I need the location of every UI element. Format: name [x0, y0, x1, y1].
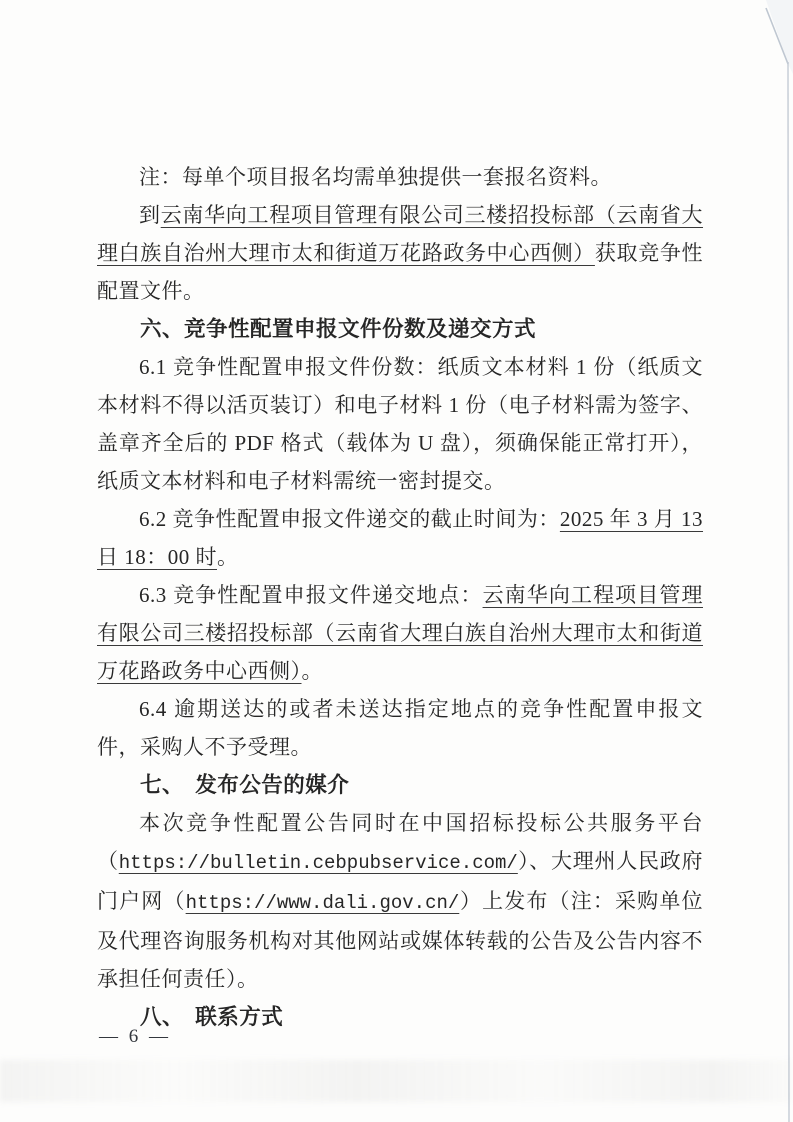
document-body: 注：每单个项目报名均需单独提供一套报名资料。到云南华向工程项目管理有限公司三楼招… — [97, 158, 703, 1036]
text-segment: 6.1 竞争性配置申报文件份数：纸质文本材料 1 份（纸质文本材料不得以活页装订… — [97, 355, 703, 493]
text-segment: 注：每单个项目报名均需单独提供一套报名资料。 — [139, 165, 612, 189]
paragraph: 注：每单个项目报名均需单独提供一套报名资料。 — [97, 158, 703, 196]
paragraph: 6.4 逾期送达的或者未送达指定地点的竞争性配置申报文件，采购人不予受理。 — [97, 690, 703, 766]
text-segment: 到 — [139, 203, 161, 227]
corner-fold-line — [766, 8, 788, 64]
page-edge-line — [788, 62, 789, 1122]
section-heading: 六、竞争性配置申报文件份数及递交方式 — [97, 310, 703, 348]
text-segment: 七、 发布公告的媒介 — [140, 773, 349, 797]
text-segment: 6.4 逾期送达的或者未送达指定地点的竞争性配置申报文件，采购人不予受理。 — [97, 697, 703, 759]
scan-bottom-noise — [0, 1060, 793, 1102]
document-page: 注：每单个项目报名均需单独提供一套报名资料。到云南华向工程项目管理有限公司三楼招… — [0, 0, 793, 1122]
text-segment: 。 — [217, 545, 239, 569]
paragraph: 6.3 竞争性配置申报文件递交地点：云南华向工程项目管理有限公司三楼招投标部（云… — [97, 576, 703, 690]
text-segment: 六、竞争性配置申报文件份数及递交方式 — [140, 317, 536, 341]
text-segment: 6.3 竞争性配置申报文件递交地点： — [139, 583, 483, 607]
page-number: — 6 — — [99, 1024, 171, 1050]
section-heading: 七、 发布公告的媒介 — [97, 766, 703, 804]
paragraph: 6.1 竞争性配置申报文件份数：纸质文本材料 1 份（纸质文本材料不得以活页装订… — [97, 348, 703, 500]
text-segment: 6.2 竞争性配置申报文件递交的截止时间为： — [139, 507, 560, 531]
text-segment: 。 — [302, 659, 324, 683]
paragraph: 6.2 竞争性配置申报文件递交的截止时间为：2025 年 3 月 13 日 18… — [97, 500, 703, 576]
section-heading: 八、 联系方式 — [97, 998, 703, 1036]
paragraph: 到云南华向工程项目管理有限公司三楼招投标部（云南省大理白族自治州大理市太和街道万… — [97, 196, 703, 310]
paragraph: 本次竞争性配置公告同时在中国招标投标公共服务平台（https://bulleti… — [97, 804, 703, 998]
underlined-text: https://www.dali.gov.cn/ — [186, 892, 460, 914]
corner-fold-shade — [766, 0, 793, 74]
underlined-text: https://bulletin.cebpubservice.com/ — [119, 852, 518, 874]
